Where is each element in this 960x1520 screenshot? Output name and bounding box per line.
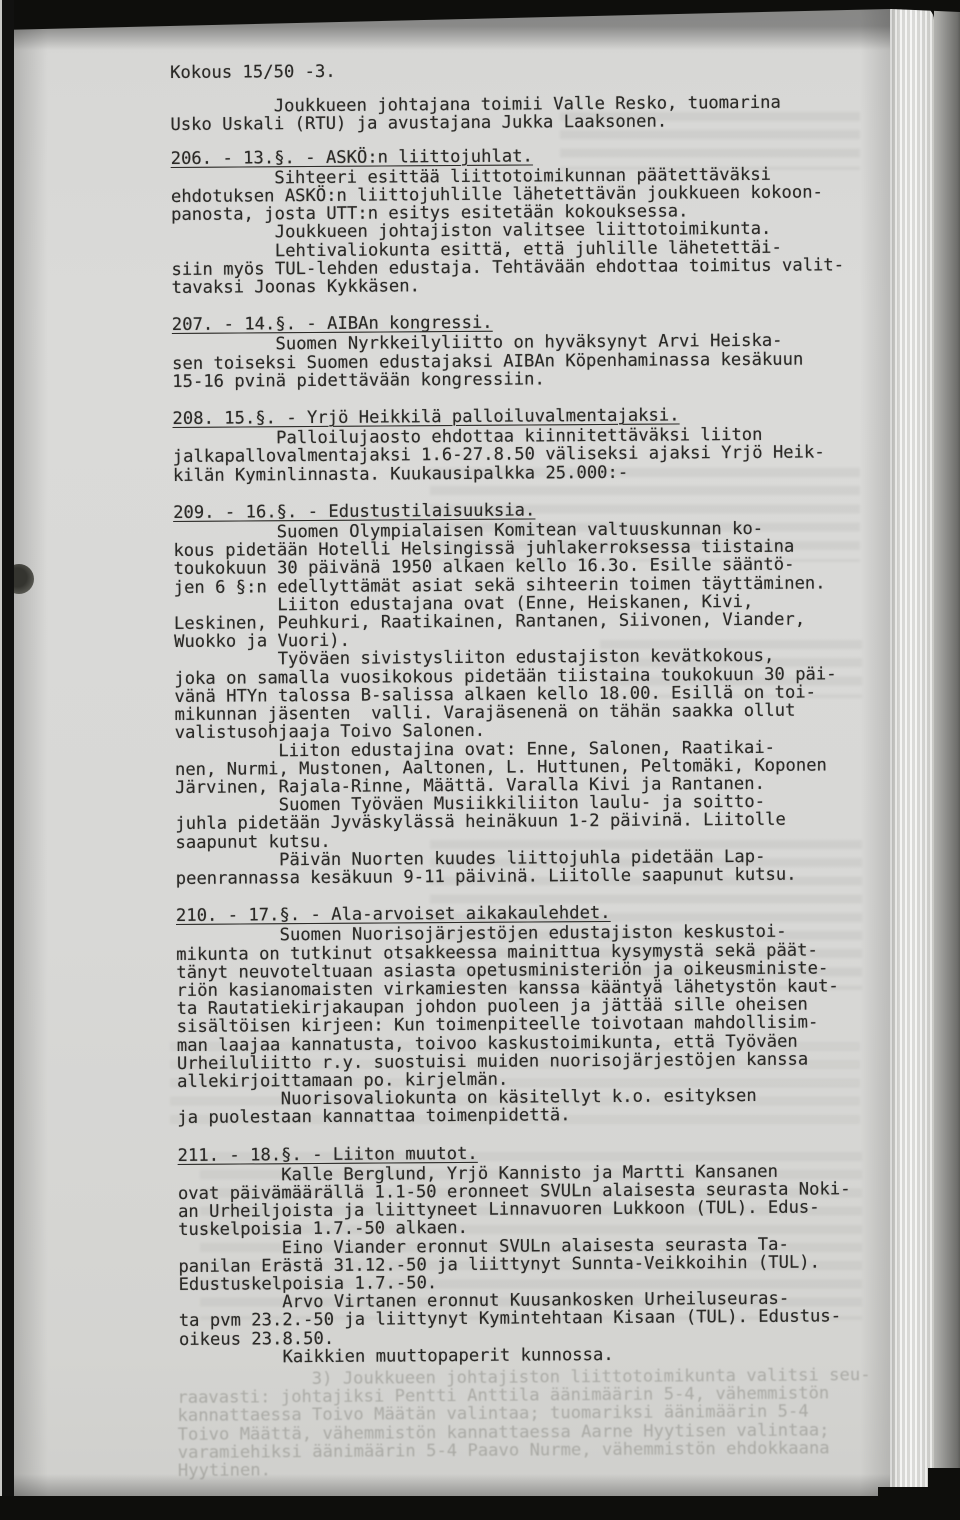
text-column: Kokous 15/50 -3. Joukkueen johtajana toi… [170,59,879,1386]
section-207: 207. - 14.§. - AIBAn kongressi. Suomen N… [172,311,873,391]
section-206: 206. - 13.§. - ASKÖ:n liittojuhlat. Siht… [171,145,872,298]
scan-bottom-border [0,1496,960,1520]
section-210: 210. - 17.§. - Ala-arvoiset aikakaulehde… [176,902,878,1127]
page-stack-edge [890,6,934,1490]
section-211: 211. - 18.§. - Liiton muutot. Kalle Berg… [178,1142,880,1367]
bleedthrough-text: 3) Joukkueen johtajiston liittotoimikunt… [177,1366,898,1480]
section-209-heading: 209. - 16.§. - Edustustilaisuuksia. [173,499,873,522]
section-210-body: Suomen Nuorisojärjestöjen edustajiston k… [176,922,877,1127]
book-edge [934,4,960,1468]
section-206-body: Sihteeri esittää liittotoimikunnan pääte… [171,165,872,297]
page-content: Kokous 15/50 -3. Joukkueen johtajana toi… [0,0,960,1520]
bottom-edge-shadow [0,1474,890,1498]
scan-left-border [0,0,14,1520]
section-209: 209. - 16.§. - Edustustilaisuuksia. Suom… [173,499,876,888]
page-header: Kokous 15/50 -3. [170,59,870,82]
section-208: 208. 15.§. - Yrjö Heikkilä palloiluvalme… [172,405,873,485]
section-208-heading: 208. 15.§. - Yrjö Heikkilä palloiluvalme… [172,405,872,428]
section-211-body: Kalle Berglund, Yrjö Kannisto ja Martti … [178,1162,879,1367]
intro-paragraph: Joukkueen johtajana toimii Valle Resko, … [170,93,870,134]
scanned-document: Kokous 15/50 -3. Joukkueen johtajana toi… [0,0,960,1520]
section-208-body: Palloilujaosto ehdottaa kiinnitettäväksi… [173,425,873,484]
section-209-body: Suomen Olympialaisen Komitean valtuuskun… [173,519,876,888]
scan-bottom-border-step [928,1468,960,1520]
section-207-body: Suomen Nyrkkeilyliitto on hyväksynyt Arv… [172,332,872,391]
